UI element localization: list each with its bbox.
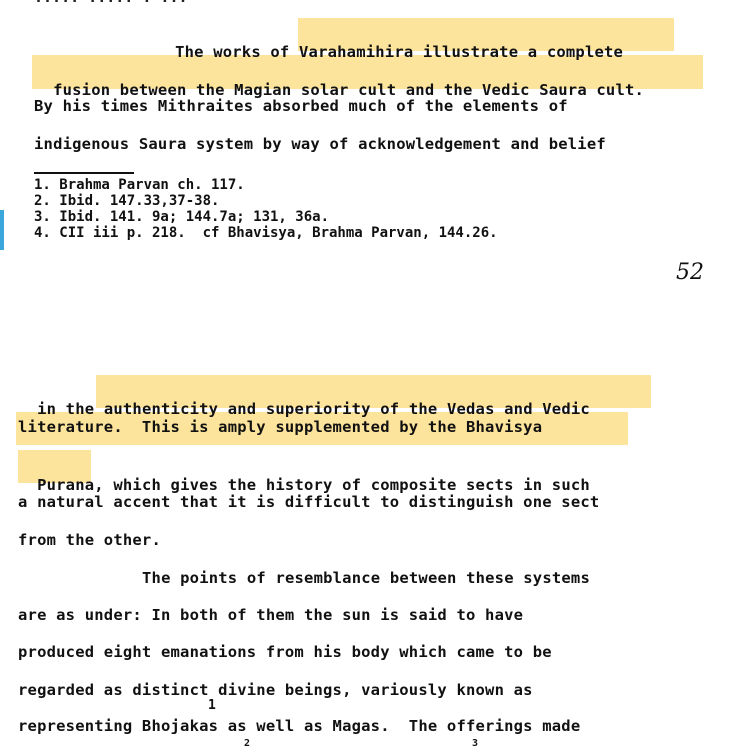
text-run: The works of xyxy=(175,43,299,61)
highlighted-text: authenticity and superiority of the Veda… xyxy=(104,400,590,418)
body-line: in the authenticity and superiority of t… xyxy=(18,379,590,419)
footnote-1: 1. Brahma Parvan ch. 117. xyxy=(34,178,245,192)
body-line: representing Bhojakas as well as Magas. … xyxy=(18,716,580,736)
footnote-rule xyxy=(34,172,134,174)
body-line: from the other. xyxy=(18,530,161,550)
footnote-marker: 1 xyxy=(208,698,216,713)
body-line: By his times Mithraites absorbed much of… xyxy=(34,96,568,116)
text-run: . xyxy=(635,81,645,99)
body-line: Purana, which gives the history of compo… xyxy=(18,455,590,495)
body-line: produced eight emanations from his body … xyxy=(18,642,552,662)
footnote-marker: 2 xyxy=(244,738,250,749)
highlighted-text: Varahamihira illustrate a complete xyxy=(299,43,623,61)
body-line: indigenous Saura system by way of acknow… xyxy=(34,134,606,154)
body-line: fusion between the Magian solar cult and… xyxy=(34,60,644,100)
body-line: The works of Varahamihira illustrate a c… xyxy=(156,22,623,62)
body-line: regarded as distinct divine beings, vari… xyxy=(18,680,533,700)
page-edge-marker xyxy=(0,210,4,250)
text-run: in the xyxy=(37,400,104,418)
page-number: 52 xyxy=(676,260,704,285)
footnote-marker: 3 xyxy=(472,738,478,749)
footnote-4: 4. CII iii p. 218. cf Bhavisya, Brahma P… xyxy=(34,226,498,240)
cut-off-top-line: ..... ..... . ... xyxy=(34,0,188,6)
body-line: literature. This is amply supplemented b… xyxy=(18,417,542,437)
footnote-2: 2. Ibid. 147.33,37-38. xyxy=(34,194,219,208)
footnote-3: 3. Ibid. 141. 9a; 144.7a; 131, 36a. xyxy=(34,210,329,224)
body-line: The points of resemblance between these … xyxy=(142,568,590,588)
body-line: are as under: In both of them the sun is… xyxy=(18,605,523,625)
body-line: a natural accent that it is difficult to… xyxy=(18,492,599,512)
